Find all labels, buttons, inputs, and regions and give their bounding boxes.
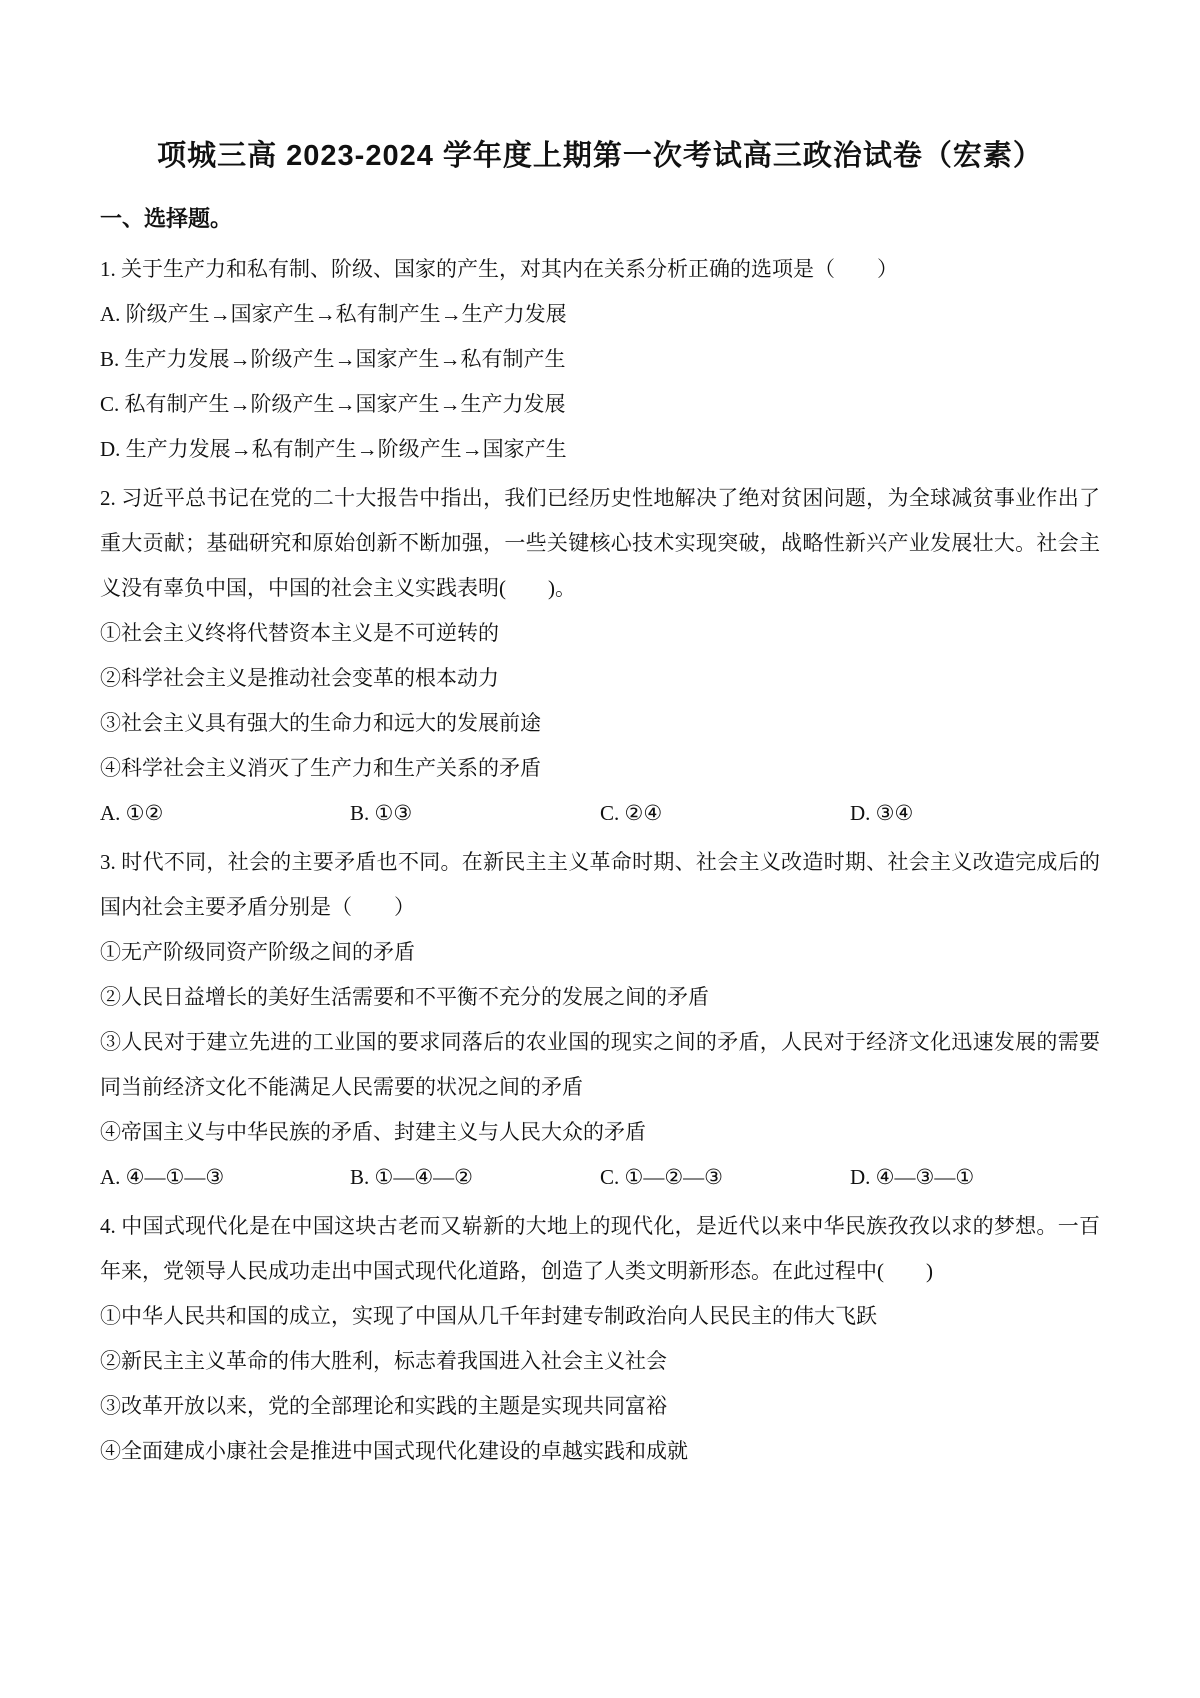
- question-2: 2. 习近平总书记在党的二十大报告中指出，我们已经历史性地解决了绝对贫困问题，为…: [100, 476, 1100, 836]
- question-2-choice-c: C. ②④: [600, 791, 850, 836]
- question-1-stem: 1. 关于生产力和私有制、阶级、国家的产生，对其内在关系分析正确的选项是（ ）: [100, 247, 1100, 292]
- question-2-item-2: ②科学社会主义是推动社会变革的根本动力: [100, 656, 1100, 701]
- page-title: 项城三高 2023-2024 学年度上期第一次考试高三政治试卷（宏素）: [100, 138, 1100, 174]
- question-1-option-b: B. 生产力发展→阶级产生→国家产生→私有制产生: [100, 337, 1100, 382]
- question-3-choices-row: A. ④—①—③ B. ①—④—② C. ①—②—③ D. ④—③—①: [100, 1155, 1100, 1200]
- question-3-item-3: ③人民对于建立先进的工业国的要求同落后的农业国的现实之间的矛盾，人民对于经济文化…: [100, 1020, 1100, 1110]
- question-3-item-1: ①无产阶级同资产阶级之间的矛盾: [100, 930, 1100, 975]
- question-4-item-4: ④全面建成小康社会是推进中国式现代化建设的卓越实践和成就: [100, 1429, 1100, 1474]
- question-2-stem: 2. 习近平总书记在党的二十大报告中指出，我们已经历史性地解决了绝对贫困问题，为…: [100, 476, 1100, 611]
- question-4-item-1: ①中华人民共和国的成立，实现了中国从几千年封建专制政治向人民民主的伟大飞跃: [100, 1294, 1100, 1339]
- question-1: 1. 关于生产力和私有制、阶级、国家的产生，对其内在关系分析正确的选项是（ ） …: [100, 247, 1100, 472]
- exam-paper-page: 项城三高 2023-2024 学年度上期第一次考试高三政治试卷（宏素） 一、选择…: [0, 0, 1200, 1698]
- question-2-choice-d: D. ③④: [850, 791, 1100, 836]
- question-3-choice-d: D. ④—③—①: [850, 1155, 1100, 1200]
- question-2-item-4: ④科学社会主义消灭了生产力和生产关系的矛盾: [100, 746, 1100, 791]
- question-3-choice-c: C. ①—②—③: [600, 1155, 850, 1200]
- question-4: 4. 中国式现代化是在中国这块古老而又崭新的大地上的现代化，是近代以来中华民族孜…: [100, 1204, 1100, 1474]
- question-1-option-a: A. 阶级产生→国家产生→私有制产生→生产力发展: [100, 292, 1100, 337]
- question-2-choice-b: B. ①③: [350, 791, 600, 836]
- question-4-item-2: ②新民主主义革命的伟大胜利，标志着我国进入社会主义社会: [100, 1339, 1100, 1384]
- question-3-choice-b: B. ①—④—②: [350, 1155, 600, 1200]
- question-4-item-3: ③改革开放以来，党的全部理论和实践的主题是实现共同富裕: [100, 1384, 1100, 1429]
- question-1-option-d: D. 生产力发展→私有制产生→阶级产生→国家产生: [100, 427, 1100, 472]
- question-3-item-2: ②人民日益增长的美好生活需要和不平衡不充分的发展之间的矛盾: [100, 975, 1100, 1020]
- question-3-item-4: ④帝国主义与中华民族的矛盾、封建主义与人民大众的矛盾: [100, 1110, 1100, 1155]
- question-4-stem: 4. 中国式现代化是在中国这块古老而又崭新的大地上的现代化，是近代以来中华民族孜…: [100, 1204, 1100, 1294]
- question-2-choices-row: A. ①② B. ①③ C. ②④ D. ③④: [100, 791, 1100, 836]
- question-2-item-1: ①社会主义终将代替资本主义是不可逆转的: [100, 611, 1100, 656]
- question-1-option-c: C. 私有制产生→阶级产生→国家产生→生产力发展: [100, 382, 1100, 427]
- section-heading: 一、选择题。: [100, 196, 1100, 241]
- question-2-item-3: ③社会主义具有强大的生命力和远大的发展前途: [100, 701, 1100, 746]
- question-3-choice-a: A. ④—①—③: [100, 1155, 350, 1200]
- question-2-choice-a: A. ①②: [100, 791, 350, 836]
- question-3: 3. 时代不同，社会的主要矛盾也不同。在新民主主义革命时期、社会主义改造时期、社…: [100, 840, 1100, 1200]
- question-3-stem: 3. 时代不同，社会的主要矛盾也不同。在新民主主义革命时期、社会主义改造时期、社…: [100, 840, 1100, 930]
